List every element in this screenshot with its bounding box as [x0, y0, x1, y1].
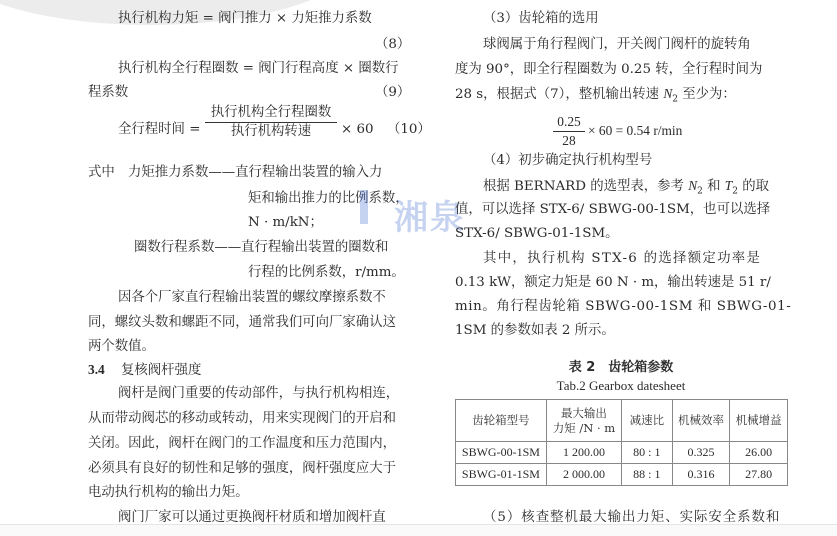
header-max-torque: 最大输出 力矩 /N · m — [546, 400, 621, 442]
cell-max-torque: 1 200.00 — [546, 442, 621, 464]
section-number: 3.4 — [88, 362, 105, 377]
paragraph-2-line2: 从而带动阀芯的移动或转动，用来实现阀门的开启和 — [88, 410, 396, 428]
cell-max-torque: 2 000.00 — [546, 464, 621, 486]
cell-efficiency: 0.316 — [672, 464, 730, 486]
table-title-cn: 表 2 齿轮箱参数 — [455, 356, 787, 375]
equation-10-fraction: 执行机构全行程圈数 执行机构转速 — [205, 104, 337, 141]
watermark-logo: 湘泉 — [360, 190, 466, 230]
cell-efficiency: 0.325 — [672, 442, 730, 464]
paragraph-2-line3: 关闭。因此，阀杆在阀门的工作温度和压力范围内， — [88, 435, 396, 453]
header-max-torque-line2: 力矩 /N · m — [553, 421, 615, 435]
where-term-1: 力矩推力系数——直行程输出装置的输入力 — [128, 164, 382, 182]
heading-3: （3）齿轮箱的选用 — [483, 10, 599, 28]
equation-9-line1: 执行机构全行程圈数 = 阀门行程高度 × 圈数行 — [118, 60, 399, 78]
select-paragraph-line1-b: 和 — [703, 179, 725, 194]
select-paragraph-line3: STX-6/ SBWG-01-1SM。 — [455, 225, 619, 243]
header-efficiency: 机械效率 — [672, 400, 730, 442]
n2-variable-ref: N — [688, 178, 697, 193]
equation-8-number: （8） — [375, 36, 410, 54]
equation-10-rhs: × 60 — [341, 121, 374, 139]
calc-numerator: 0.25 — [553, 113, 585, 132]
watermark-logo-icon — [360, 190, 390, 224]
equation-10-number: （10） — [387, 121, 431, 139]
header-max-torque-line1: 最大输出 — [561, 406, 607, 420]
header-ratio: 减速比 — [622, 400, 673, 442]
select-paragraph-line2: 值，可以选择 STX-6/ SBWG-00-1SM，也可以选择 — [455, 201, 770, 219]
paragraph-2-line4: 必须具有良好的韧性和足够的强度，阀杆强度应大于 — [88, 460, 396, 478]
header-gain: 机械增益 — [730, 400, 788, 442]
heading-4: （4）初步确定执行机构型号 — [483, 152, 652, 170]
gearbox-paragraph-line3: 28 s，根据式（7），整机输出转速 N2 至少为： — [455, 85, 736, 109]
select-paragraph-line1-c: 的取 — [738, 179, 769, 194]
cell-model: SBWG-00-1SM — [456, 442, 547, 464]
equation-10-denominator: 执行机构转速 — [205, 123, 337, 141]
cell-gain: 27.80 — [730, 464, 788, 486]
n2-variable: N — [663, 86, 672, 101]
rating-paragraph-line1: 其中，执行机构 STX-6 的选择额定功率是 — [483, 250, 761, 268]
equation-8: 执行机构力矩 = 阀门推力 × 力矩推力系数 — [118, 10, 372, 28]
cell-ratio: 80 : 1 — [622, 442, 673, 464]
gearbox-table: 齿轮箱型号 最大输出 力矩 /N · m 减速比 机械效率 机械增益 SBWG-… — [455, 399, 788, 486]
where-term-2: 圈数行程系数——直行程输出装置的圈数和 — [134, 239, 388, 257]
equation-10-numerator: 执行机构全行程圈数 — [205, 104, 337, 123]
gearbox-paragraph-line1: 球阀属于角行程阀门，开关阀门阀杆的旋转角 — [483, 36, 751, 54]
gearbox-paragraph-line3-end: 至少为： — [682, 87, 736, 102]
calc-denominator: 28 — [553, 132, 585, 150]
section-title: 复核阀杆强度 — [121, 363, 201, 378]
cell-gain: 26.00 — [730, 442, 788, 464]
rating-paragraph-line4: 1SM 的参数如表 2 所示。 — [455, 322, 615, 340]
select-paragraph-line1: 根据 BERNARD 的选型表，参考 N2 和 T2 的取 — [483, 177, 769, 201]
n2-subscript: 2 — [672, 95, 678, 105]
rating-paragraph-line2: 0.13 kW，额定力矩是 60 N · m，输出转速是 51 r/ — [455, 274, 771, 292]
table-header-row: 齿轮箱型号 最大输出 力矩 /N · m 减速比 机械效率 机械增益 — [456, 400, 788, 442]
paragraph-1-line2: 同，螺纹头数和螺距不同，通常我们可向厂家确认这 — [88, 314, 396, 332]
table-row: SBWG-00-1SM 1 200.00 80 : 1 0.325 26.00 — [456, 442, 788, 464]
table-row: SBWG-01-1SM 2 000.00 88 : 1 0.316 27.80 — [456, 464, 788, 486]
gearbox-paragraph-line2: 度为 90°，即全行程圈数为 0.25 转，全行程时间为 — [455, 61, 762, 79]
cell-model: SBWG-01-1SM — [456, 464, 547, 486]
paragraph-1-line1: 因各个厂家直行程输出装置的螺纹摩擦系数不 — [118, 289, 386, 307]
paragraph-2-line1: 阀杆是阀门重要的传动部件，与执行机构相连， — [118, 385, 399, 403]
select-paragraph-line1-a: 根据 BERNARD 的选型表，参考 — [483, 179, 688, 194]
cell-ratio: 88 : 1 — [622, 464, 673, 486]
equation-9-line2: 程系数 — [88, 84, 128, 102]
section-heading: 3.4 复核阀杆强度 — [88, 361, 201, 380]
where-label: 式中 — [88, 164, 115, 182]
table-title-en: Tab.2 Gearbox datesheet — [455, 378, 787, 394]
rating-paragraph-line3: min。角行程齿轮箱 SBWG-00-1SM 和 SBWG-01- — [455, 298, 791, 316]
paragraph-2-line5: 电动执行机构的输出力矩。 — [88, 484, 249, 502]
calc-result: × 60 = 0.54 r/min — [588, 122, 682, 140]
header-model: 齿轮箱型号 — [456, 400, 547, 442]
equation-9-number: （9） — [375, 84, 410, 102]
where-term-1-cont2: N · m/kN； — [248, 214, 323, 232]
equation-10-lhs: 全行程时间 = — [118, 121, 200, 139]
where-term-2-cont1: 行程的比例系数，r/mm。 — [248, 264, 405, 282]
page-bottom-margin — [0, 525, 837, 536]
paragraph-1-line3: 两个数值。 — [88, 338, 155, 356]
calc-fraction: 0.25 28 — [553, 113, 585, 150]
gearbox-paragraph-line3-text: 28 s，根据式（7），整机输出转速 — [455, 87, 663, 102]
